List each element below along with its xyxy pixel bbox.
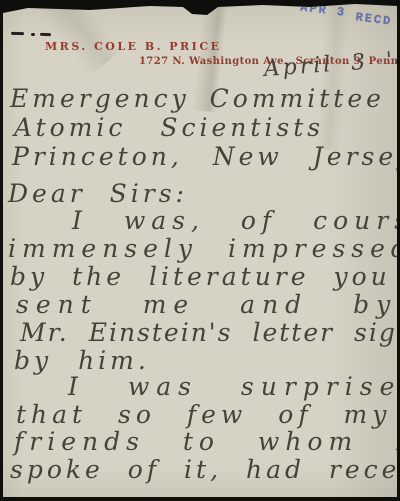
recipient-line-2: Atomic Scientists [14,113,324,142]
scanned-letter: APR 3RECD MRS. COLE B. PRICE 1727 N. Was… [0,0,400,501]
recipient-line-3: Princeton, New Jersey [12,142,400,171]
recipient-line-1: Emergency Committee of [10,84,400,113]
stamp-received-text: RECD [355,10,393,28]
handwritten-date: April 3 '47 [263,45,400,81]
body-line-1: I was, of course, [72,206,400,235]
body-line-2: immensely impressed [8,234,400,263]
body-line-4: sent me and by [16,290,397,319]
body-line-3: by the literature you [10,262,391,291]
body-line-10: spoke of it, had received [10,455,400,484]
letter-paper: APR 3RECD MRS. COLE B. PRICE 1727 N. Was… [0,0,400,501]
body-line-9: friends to whom I [14,427,400,456]
stamp-date-text: APR 3 [299,0,346,20]
body-line-8: that so few of my [16,400,391,429]
tear-mark [31,33,35,36]
salutation: Dear Sirs: [8,179,188,208]
body-line-7: I was surprised [68,372,400,401]
letterhead-name: MRS. COLE B. PRICE [45,40,221,53]
tear-mark [11,32,24,35]
body-line-5: Mr. Einstein's letter signed [20,318,400,347]
received-stamp: APR 3RECD [299,0,393,25]
tear-mark [40,33,51,36]
body-line-6: by him. [14,346,150,375]
